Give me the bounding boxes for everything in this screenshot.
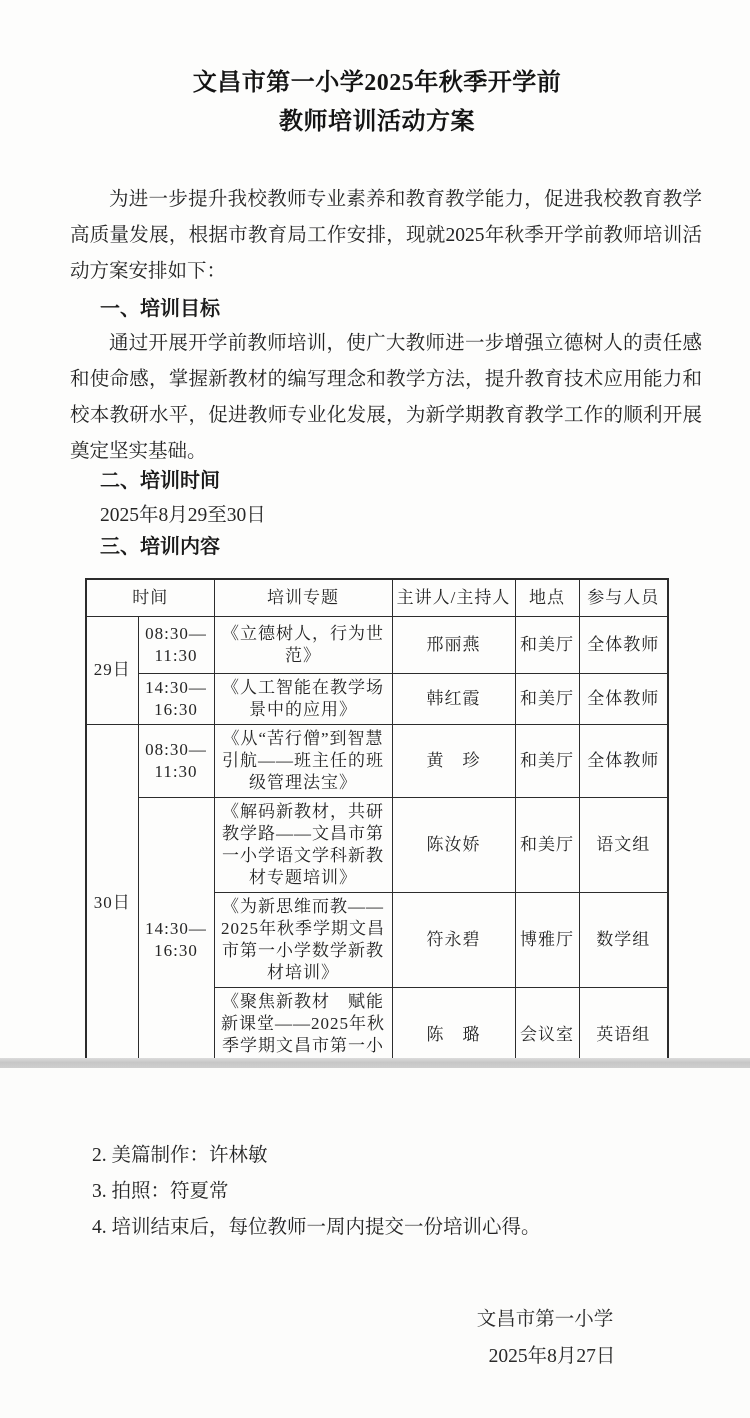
header-time: 时间 — [86, 579, 214, 616]
document-title: 文昌市第一小学2025年秋季开学前 教师培训活动方案 — [52, 64, 702, 142]
cell-participants: 英语组 — [579, 987, 668, 1058]
header-participants: 参与人员 — [579, 579, 668, 616]
table-row: 30日 08:30— 11:30 《从“苦行僧”到智慧引航——班主任的班级管理法… — [86, 724, 668, 797]
table-row: 29日 08:30— 11:30 《立德树人，行为世范》 邢丽燕 和美厅 全体教… — [86, 616, 668, 673]
header-speaker: 主讲人/主持人 — [392, 579, 515, 616]
cell-participants: 全体教师 — [579, 724, 668, 797]
header-topic: 培训专题 — [214, 579, 392, 616]
cell-speaker: 韩红霞 — [392, 673, 515, 724]
signature-date: 2025年8月27日 — [370, 1338, 720, 1375]
cell-participants: 全体教师 — [579, 616, 668, 673]
cell-day-29: 29日 — [86, 616, 138, 724]
cell-time: 14:30— 16:30 — [138, 673, 214, 724]
cell-topic: 《立德树人，行为世范》 — [214, 616, 392, 673]
cell-participants: 语文组 — [579, 797, 668, 892]
title-line-1: 文昌市第一小学2025年秋季开学前 — [52, 64, 702, 103]
page-break-divider — [0, 1058, 750, 1068]
cell-time: 08:30— 11:30 — [138, 724, 214, 797]
training-dates: 2025年8月29至30日 — [70, 500, 702, 532]
section-1-heading: 一、培训目标 — [70, 292, 702, 326]
cell-speaker: 邢丽燕 — [392, 616, 515, 673]
cell-participants: 全体教师 — [579, 673, 668, 724]
cell-location: 和美厅 — [515, 724, 579, 797]
other-item-3: 3. 拍照：符夏常 — [70, 1174, 702, 1210]
cell-location: 会议室 — [515, 987, 579, 1058]
cell-speaker: 陈 璐 — [392, 987, 515, 1058]
cell-topic: 《从“苦行僧”到智慧引航——班主任的班级管理法宝》 — [214, 724, 392, 797]
table-row: 14:30— 16:30 《人工智能在教学场景中的应用》 韩红霞 和美厅 全体教… — [86, 673, 668, 724]
header-location: 地点 — [515, 579, 579, 616]
other-item-2: 2. 美篇制作：许林敏 — [70, 1138, 702, 1174]
section-2-heading: 二、培训时间 — [70, 464, 702, 498]
document-scan: { "document": { "title_line1": "文昌市第一小学2… — [0, 0, 750, 1418]
section-1-body: 通过开展开学前教师培训，使广大教师进一步增强立德树人的责任感和使命感，掌握新教材… — [70, 326, 702, 470]
cell-topic: 《聚焦新教材 赋能新课堂——2025年秋季学期文昌市第一小学英语新教材培训》 — [214, 987, 392, 1058]
training-schedule-table: 时间 培训专题 主讲人/主持人 地点 参与人员 29日 08:30— 11:30… — [85, 578, 669, 1058]
cell-topic: 《人工智能在教学场景中的应用》 — [214, 673, 392, 724]
signature-organization: 文昌市第一小学 — [370, 1301, 720, 1338]
page-2: 2. 美篇制作：许林敏 3. 拍照：符夏常 4. 培训结束后，每位教师一周内提交… — [0, 1068, 750, 1418]
cell-location: 博雅厅 — [515, 892, 579, 987]
cell-time: 08:30— 11:30 — [138, 616, 214, 673]
cell-speaker: 符永碧 — [392, 892, 515, 987]
signature-block: 文昌市第一小学 2025年8月27日 — [370, 1301, 720, 1375]
cell-day-30: 30日 — [86, 724, 138, 1058]
cell-location: 和美厅 — [515, 616, 579, 673]
other-item-4: 4. 培训结束后，每位教师一周内提交一份培训心得。 — [70, 1210, 702, 1246]
cell-time: 14:30— 16:30 — [138, 797, 214, 1058]
page-1: 文昌市第一小学2025年秋季开学前 教师培训活动方案 为进一步提升我校教师专业素… — [0, 0, 750, 1058]
cell-topic: 《解码新教材，共研教学路——文昌市第一小学语文学科新教材专题培训》 — [214, 797, 392, 892]
cell-location: 和美厅 — [515, 673, 579, 724]
cell-speaker: 陈汝娇 — [392, 797, 515, 892]
cell-speaker: 黄 珍 — [392, 724, 515, 797]
cell-location: 和美厅 — [515, 797, 579, 892]
table-header-row: 时间 培训专题 主讲人/主持人 地点 参与人员 — [86, 579, 668, 616]
intro-paragraph: 为进一步提升我校教师专业素养和教育教学能力，促进我校教育教学高质量发展，根据市教… — [70, 182, 702, 290]
title-line-2: 教师培训活动方案 — [52, 103, 702, 142]
cell-participants: 数学组 — [579, 892, 668, 987]
cell-topic: 《为新思维而教——2025年秋季学期文昌市第一小学数学新教材培训》 — [214, 892, 392, 987]
section-3-heading: 三、培训内容 — [70, 530, 702, 564]
table-row: 14:30— 16:30 《解码新教材，共研教学路——文昌市第一小学语文学科新教… — [86, 797, 668, 892]
